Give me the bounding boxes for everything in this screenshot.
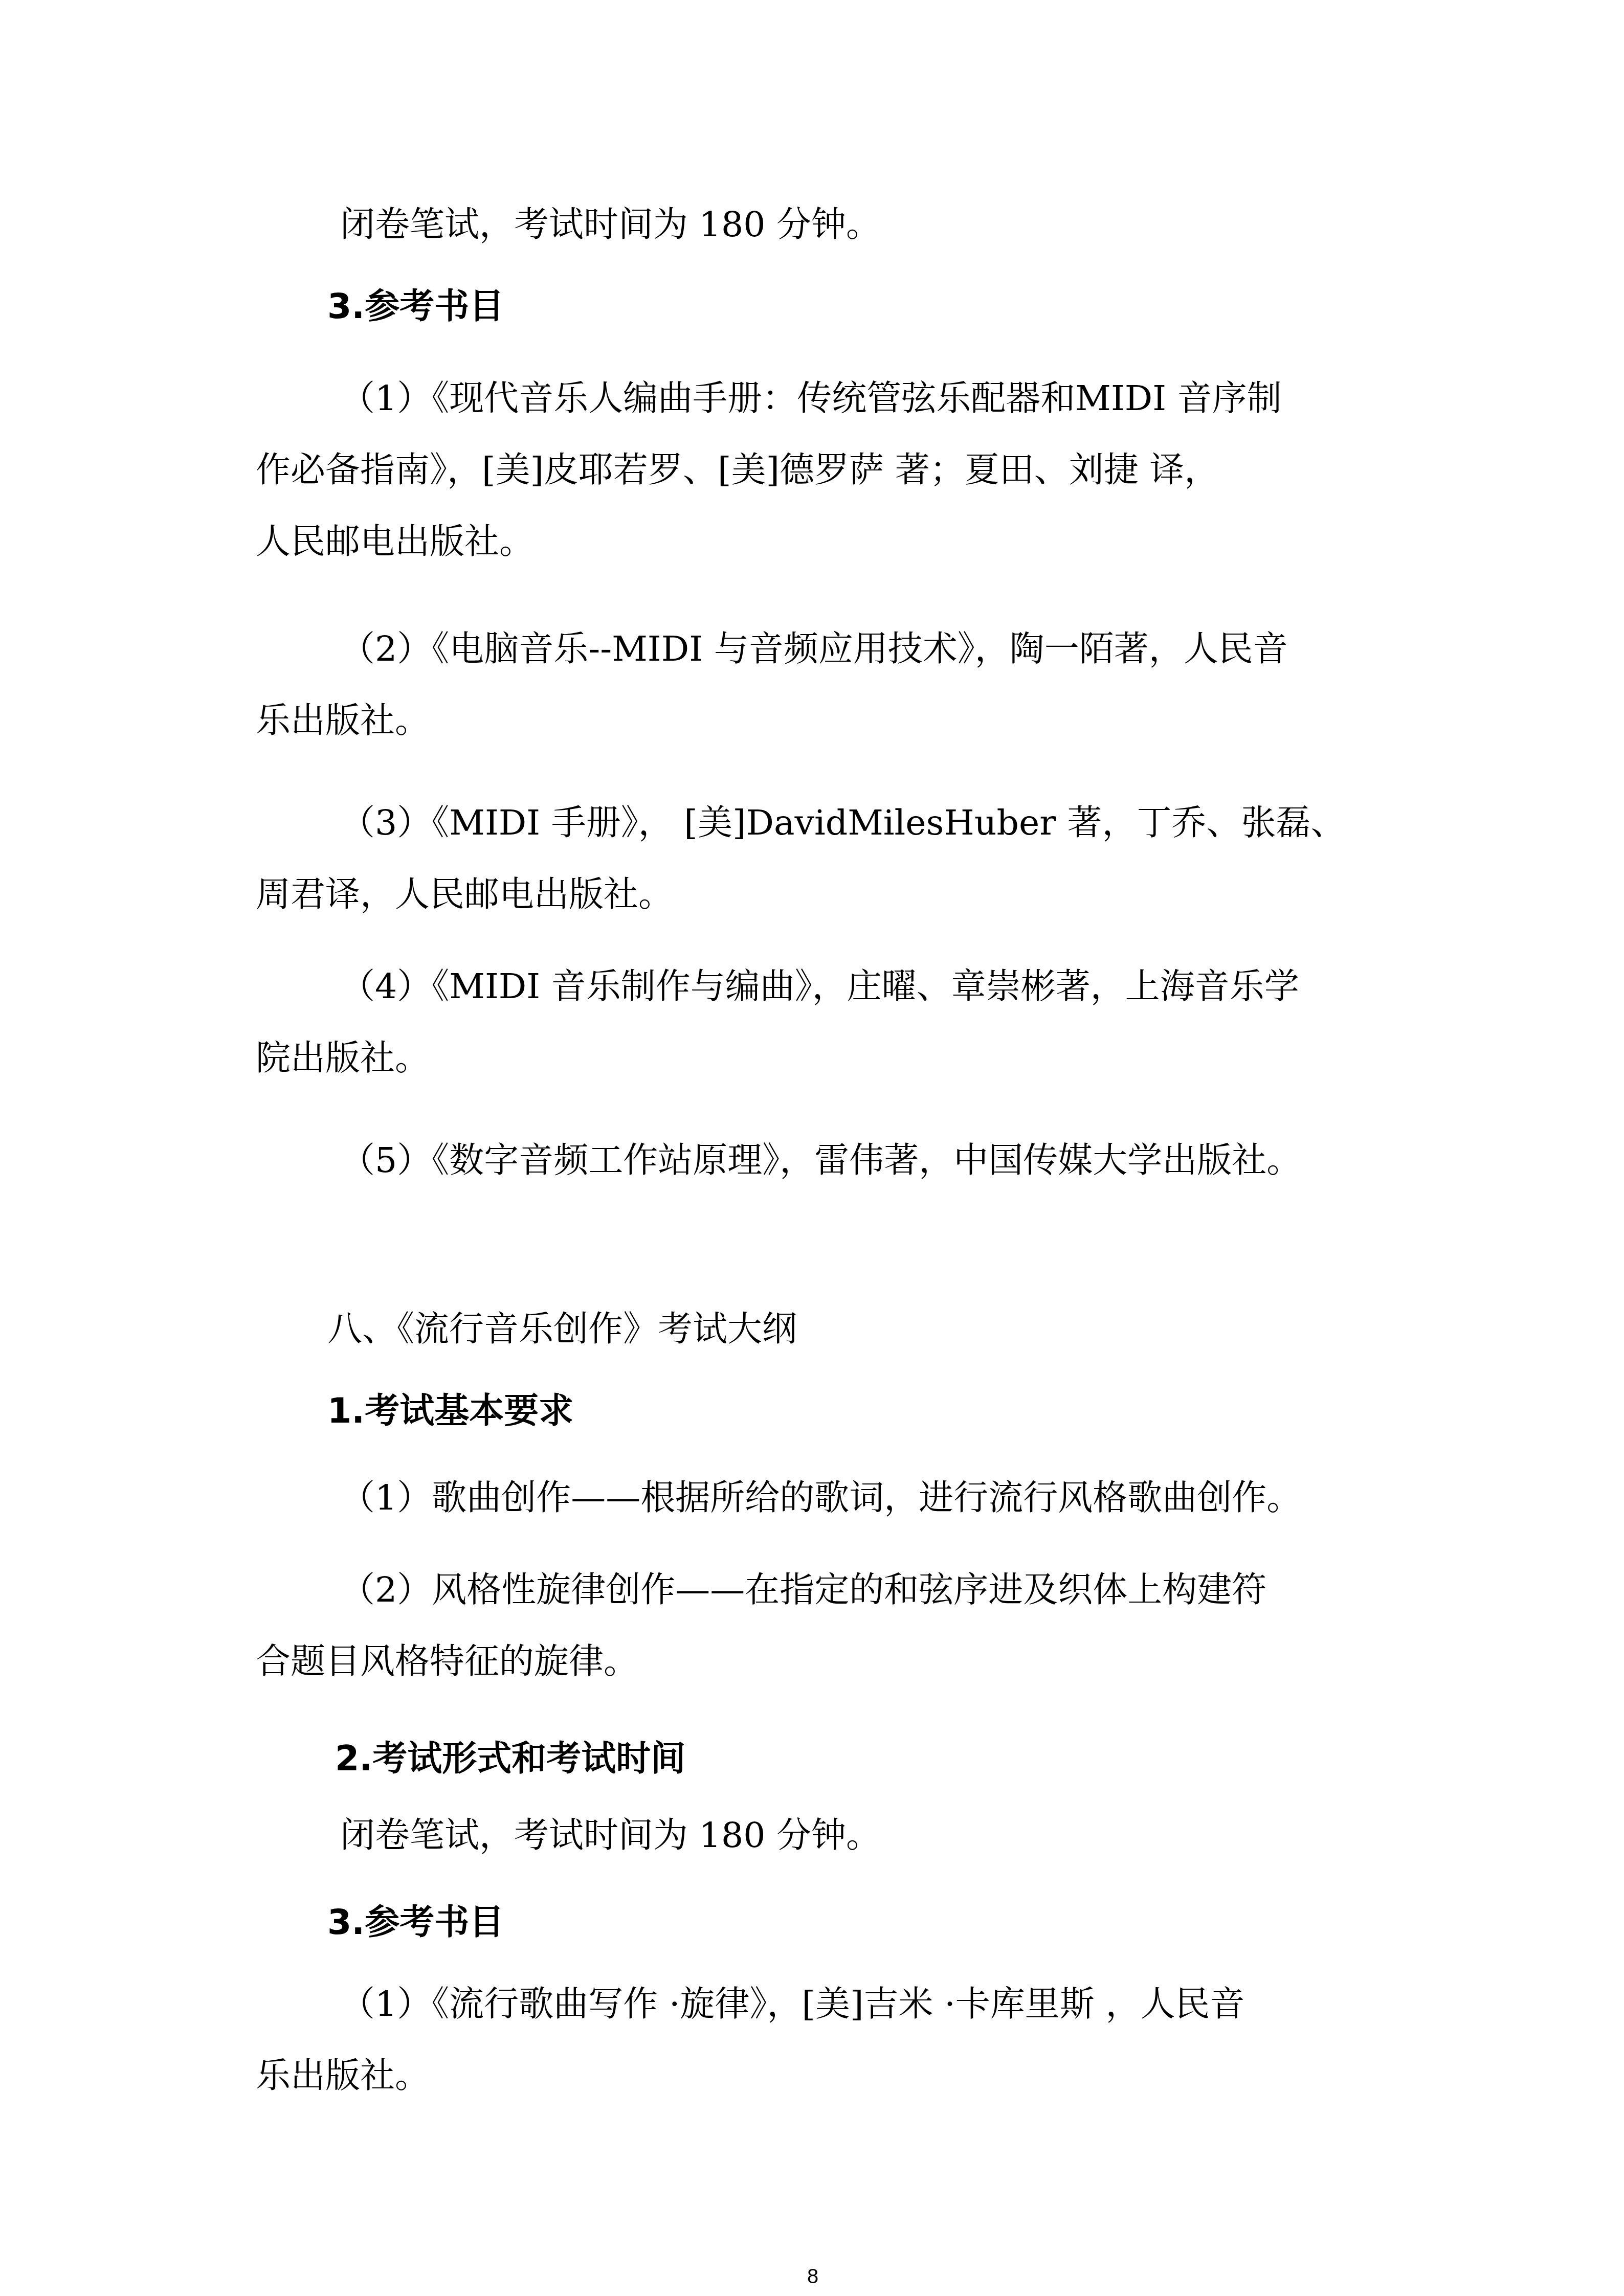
subheading-reference-books-2: 3.参考书目 [327, 1902, 504, 1943]
reference-item-1-line-2: 作必备指南》，[美]皮耶若罗、[美]德罗萨 著；夏田、刘捷 译， [256, 450, 1219, 491]
reference-item-1-line-3: 人民邮电出版社。 [256, 522, 534, 562]
reference-item-3-line-2: 周君译，人民邮电出版社。 [256, 874, 673, 915]
reference-item-1b-line-1: （1）《流行歌曲写作 ·旋律》，[美]吉米 ·卡库里斯 ，人民音 [340, 1984, 1244, 2025]
section-heading: 八、《流行音乐创作》考试大纲 [327, 1309, 797, 1350]
reference-item-5: （5）《数字音频工作站原理》，雷伟著，中国传媒大学出版社。 [340, 1140, 1301, 1181]
subheading-basic-requirements: 1.考试基本要求 [327, 1391, 573, 1432]
reference-item-1-line-1: （1）《现代音乐人编曲手册：传统管弦乐配器和MIDI 音序制 [340, 378, 1282, 419]
subheading-exam-format: 2.考试形式和考试时间 [335, 1739, 685, 1780]
reference-item-4-line-1: （4）《MIDI 音乐制作与编曲》，庄曜、章崇彬著，上海音乐学 [340, 966, 1299, 1007]
page-number: 8 [807, 2265, 818, 2288]
requirement-1: （1）歌曲创作——根据所给的歌词，进行流行风格歌曲创作。 [340, 1478, 1301, 1519]
reference-item-2-line-2: 乐出版社。 [256, 701, 430, 741]
requirement-2-line-1: （2）风格性旋律创作——在指定的和弦序进及织体上构建符 [340, 1570, 1266, 1611]
reference-item-3-line-1: （3）《MIDI 手册》， [美]DavidMilesHuber 著，丁乔、张磊… [340, 803, 1345, 844]
reference-item-4-line-2: 院出版社。 [256, 1038, 430, 1079]
exam-format-text-2: 闭卷笔试，考试时间为 180 分钟。 [340, 1815, 881, 1856]
subheading-reference-books: 3.参考书目 [327, 286, 504, 327]
requirement-2-line-2: 合题目风格特征的旋律。 [256, 1641, 638, 1682]
reference-item-1b-line-2: 乐出版社。 [256, 2056, 430, 2097]
reference-item-2-line-1: （2）《电脑音乐--MIDI 与音频应用技术》，陶一陌著，人民音 [340, 629, 1288, 670]
exam-format-text: 闭卷笔试，考试时间为 180 分钟。 [340, 205, 881, 245]
